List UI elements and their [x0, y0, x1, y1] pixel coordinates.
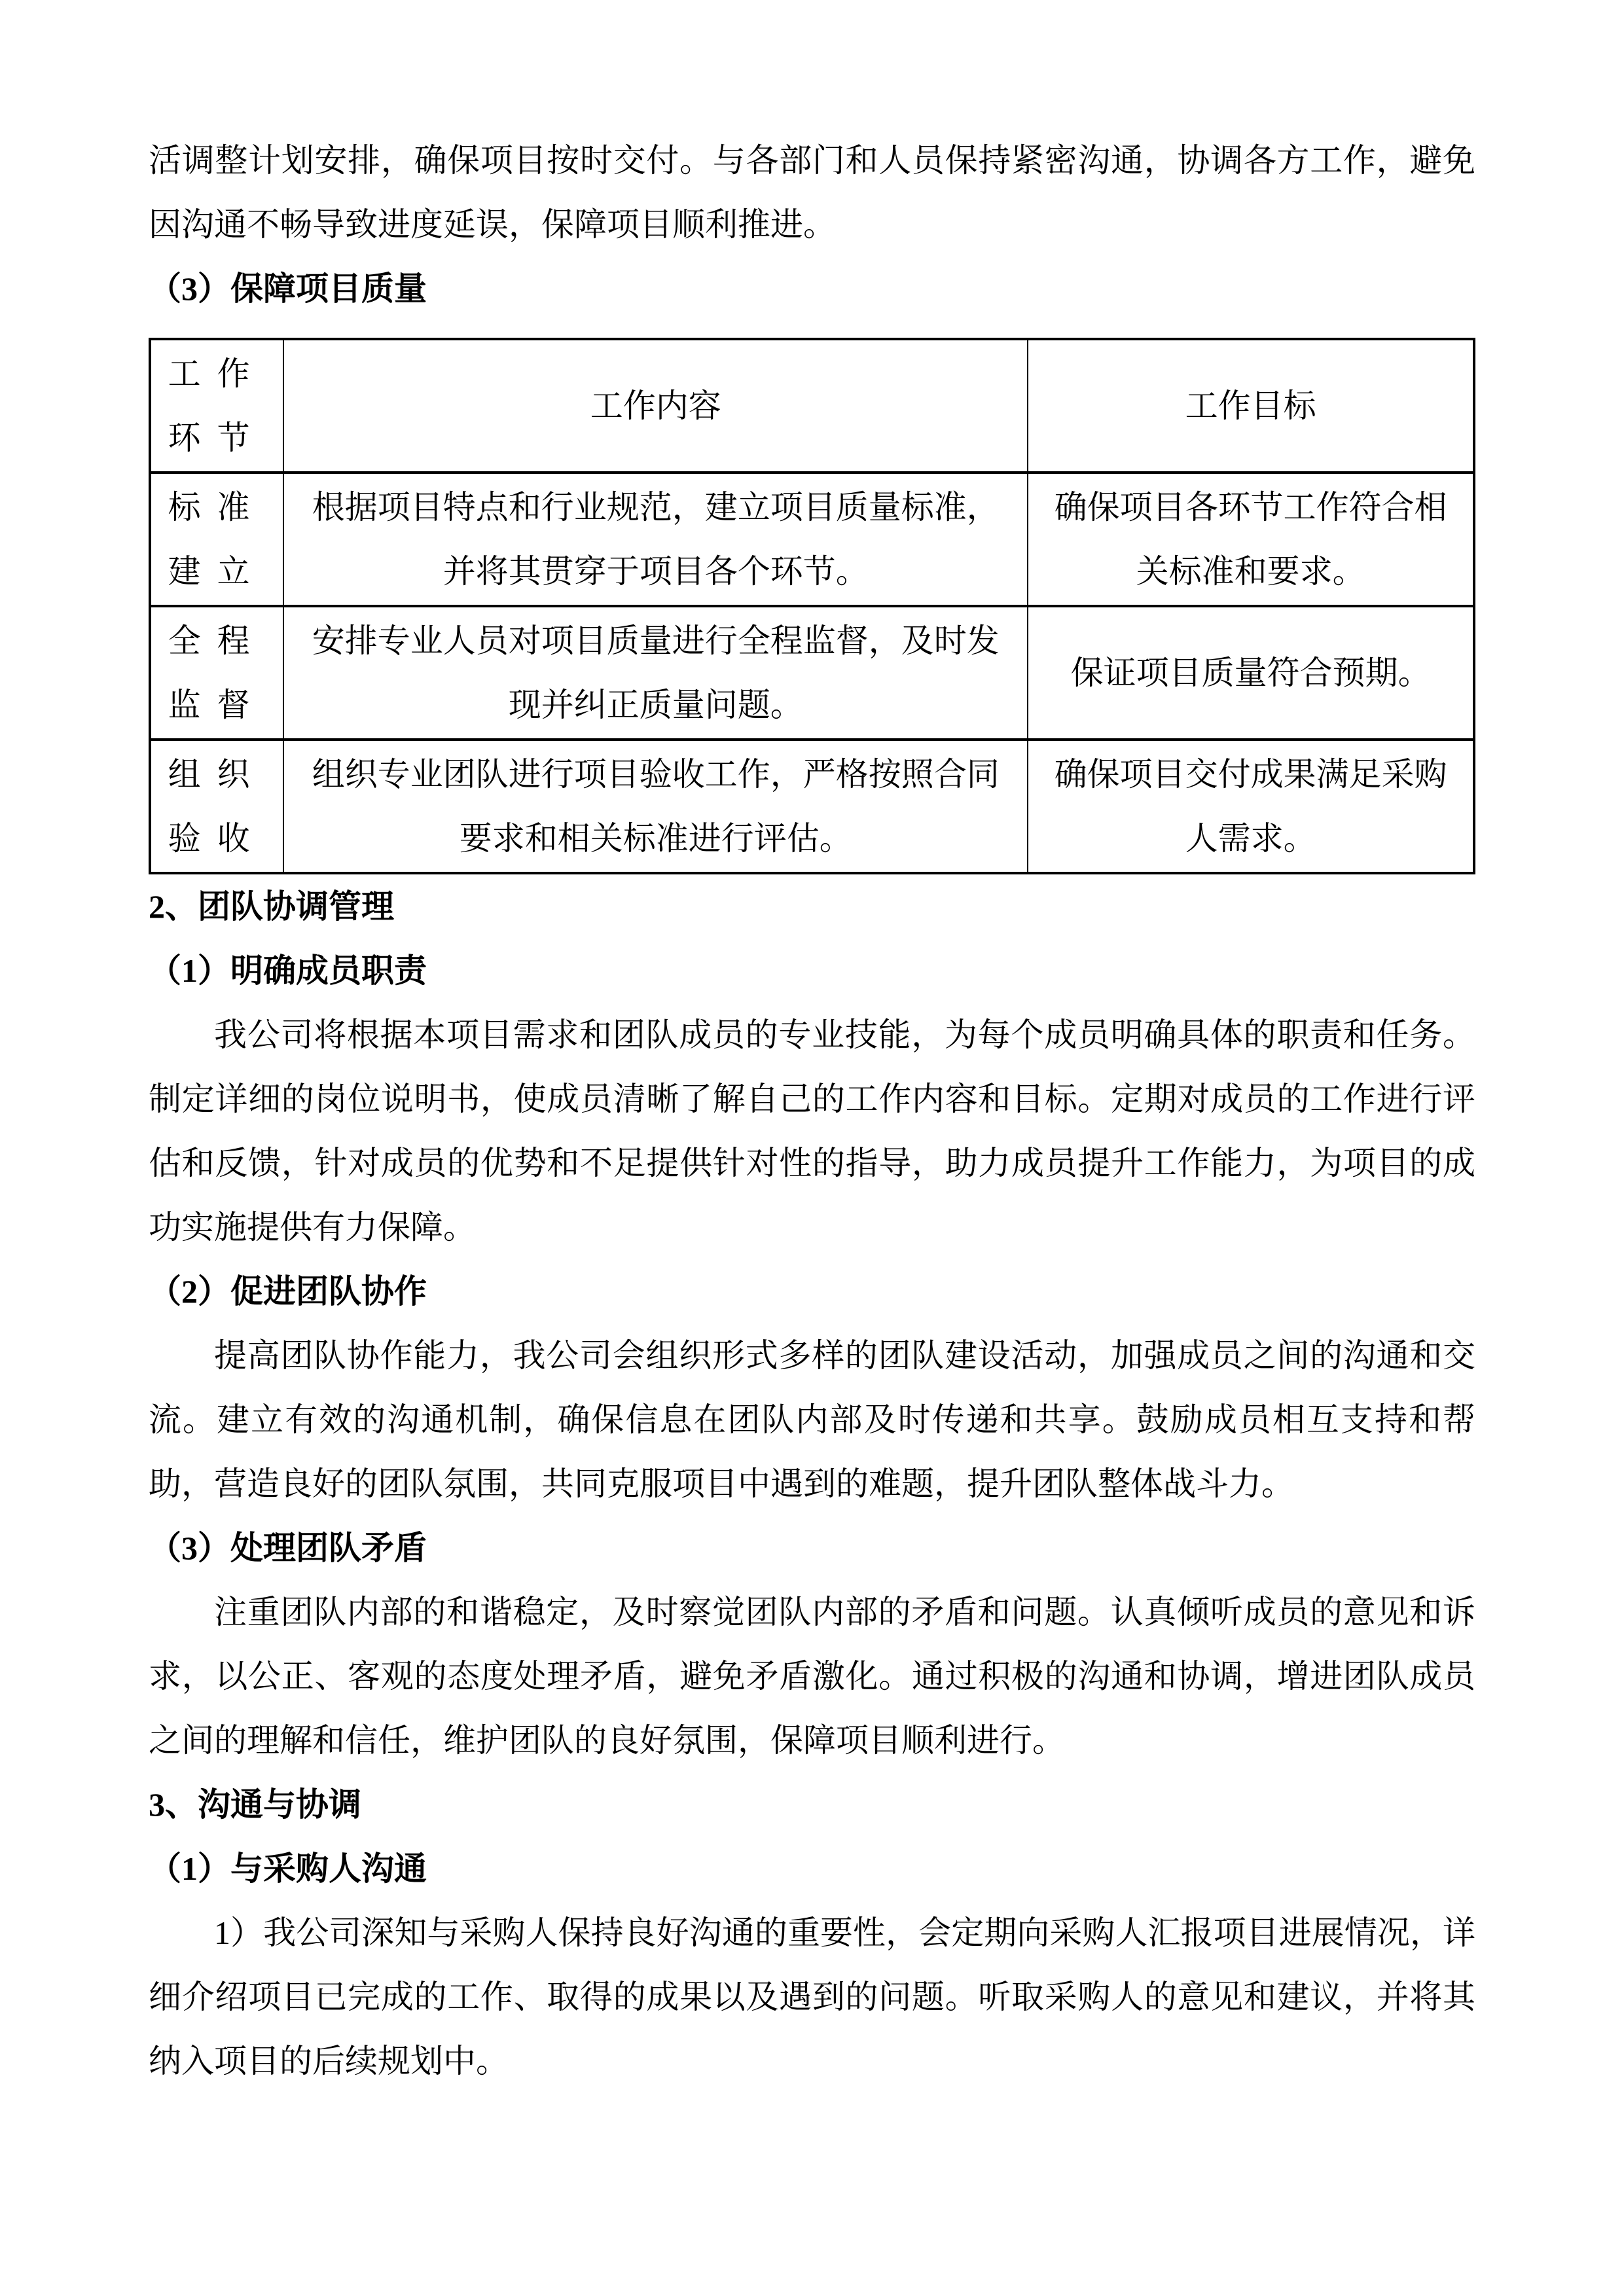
- table-row-standard-setup: 标准 建立 根据项目特点和行业规范，建立项目质量标准， 并将其贯穿于项目各个环节…: [150, 473, 1474, 606]
- table-row-acceptance: 组织 验收 组织专业团队进行项目验收工作，严格按照合同 要求和相关标准进行评估。…: [150, 740, 1474, 873]
- paragraph-purchaser-communication: 1）我公司深知与采购人保持良好沟通的重要性，会定期向采购人汇报项目进展情况，详细…: [149, 1901, 1475, 2093]
- cell-content: 组织专业团队进行项目验收工作，严格按照合同 要求和相关标准进行评估。: [283, 740, 1028, 873]
- cell-content: 根据项目特点和行业规范，建立项目质量标准， 并将其贯穿于项目各个环节。: [283, 473, 1028, 606]
- cell-goal: 保证项目质量符合预期。: [1028, 606, 1474, 740]
- cell-step: 全程 监督: [150, 606, 283, 740]
- heading-team-collaboration: （2）促进团队协作: [149, 1259, 1475, 1323]
- table-header-row: 工作 环节 工作内容 工作目标: [150, 339, 1474, 473]
- table-row-full-supervision: 全程 监督 安排专业人员对项目质量进行全程监督，及时发 现并纠正质量问题。 保证…: [150, 606, 1474, 740]
- header-cell-work-goal: 工作目标: [1028, 339, 1474, 473]
- heading-communication-coordination: 3、沟通与协调: [149, 1772, 1475, 1837]
- heading-quality-assurance: （3）保障项目质量: [149, 257, 1475, 321]
- paragraph-member-duties: 我公司将根据本项目需求和团队成员的专业技能，为每个成员明确具体的职责和任务。制定…: [149, 1003, 1475, 1259]
- heading-member-duties: （1）明确成员职责: [149, 939, 1475, 1003]
- paragraph-team-conflicts: 注重团队内部的和谐稳定，及时察觉团队内部的矛盾和问题。认真倾听成员的意见和诉求，…: [149, 1580, 1475, 1772]
- header-cell-work-content: 工作内容: [283, 339, 1028, 473]
- cell-goal: 确保项目各环节工作符合相 关标准和要求。: [1028, 473, 1474, 606]
- cell-step: 标准 建立: [150, 473, 283, 606]
- heading-team-conflicts: （3）处理团队矛盾: [149, 1516, 1475, 1580]
- cell-step: 组织 验收: [150, 740, 283, 873]
- heading-team-management: 2、团队协调管理: [149, 874, 1475, 939]
- document-page: 活调整计划安排，确保项目按时交付。与各部门和人员保持紧密沟通，协调各方工作，避免…: [0, 0, 1624, 2296]
- heading-purchaser-communication: （1）与采购人沟通: [149, 1837, 1475, 1901]
- header-cell-work-step: 工作 环节: [150, 339, 283, 473]
- cell-content: 安排专业人员对项目质量进行全程监督，及时发 现并纠正质量问题。: [283, 606, 1028, 740]
- paragraph-continuation: 活调整计划安排，确保项目按时交付。与各部门和人员保持紧密沟通，协调各方工作，避免…: [149, 128, 1475, 257]
- quality-table: 工作 环节 工作内容 工作目标 标准 建立 根据项目特点和行业规范，建立项目质量…: [149, 338, 1475, 874]
- paragraph-team-collaboration: 提高团队协作能力，我公司会组织形式多样的团队建设活动，加强成员之间的沟通和交流。…: [149, 1323, 1475, 1516]
- cell-goal: 确保项目交付成果满足采购 人需求。: [1028, 740, 1474, 873]
